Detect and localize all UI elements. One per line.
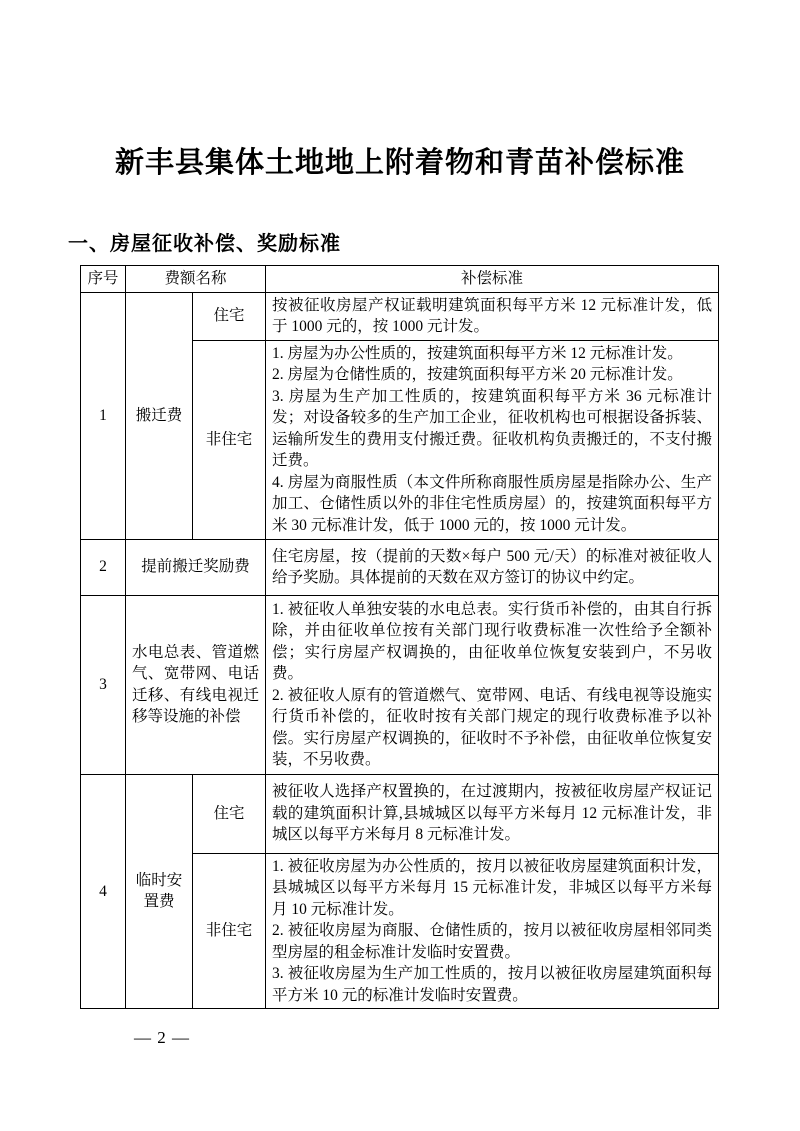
table-row-3: 3 水电总表、管道燃气、宽带网、电话迁移、有线电视迁移等设施的补偿 1. 被征收… xyxy=(81,595,719,774)
row3-fee-name: 水电总表、管道燃气、宽带网、电话迁移、有线电视迁移等设施的补偿 xyxy=(126,595,266,774)
row4-type-nonresidential: 非住宅 xyxy=(193,853,266,1009)
row1-type-residential: 住宅 xyxy=(193,292,266,340)
header-fee-name: 费额名称 xyxy=(126,266,266,293)
row3-no: 3 xyxy=(81,595,126,774)
header-standard: 补偿标准 xyxy=(266,266,719,293)
standard-paragraph: 4. 房屋为商服性质（本文件所称商服性质房屋是指除办公、生产加工、仓储性质以外的… xyxy=(272,472,712,537)
row4-no: 4 xyxy=(81,774,126,1009)
page-number: — 2 — xyxy=(134,1028,800,1048)
table-row-2: 2 提前搬迁奖励费 住宅房屋，按（提前的天数×每户 500 元/天）的标准对被征… xyxy=(81,539,719,595)
standard-paragraph: 1. 房屋为办公性质的，按建筑面积每平方米 12 元标准计发。 xyxy=(272,343,712,365)
row1-standard-nonresidential: 1. 房屋为办公性质的，按建筑面积每平方米 12 元标准计发。 2. 房屋为仓储… xyxy=(266,340,719,539)
document-page: 新丰县集体土地地上附着物和青苗补偿标准 一、房屋征收补偿、奖励标准 序号 费额名… xyxy=(0,0,800,1131)
document-title: 新丰县集体土地地上附着物和青苗补偿标准 xyxy=(0,0,800,181)
standard-paragraph: 2. 被征收人原有的管道燃气、宽带网、电话、有线电视等设施实行货币补偿的，征收时… xyxy=(272,685,712,771)
row4-standard-nonresidential: 1. 被征收房屋为办公性质的，按月以被征收房屋建筑面积计发，县城城区以每平方米每… xyxy=(266,853,719,1009)
row1-standard-residential: 按被征收房屋产权证载明建筑面积每平方米 12 元标准计发，低于 1000 元的，… xyxy=(266,292,719,340)
standard-paragraph: 1. 被征收房屋为办公性质的，按月以被征收房屋建筑面积计发，县城城区以每平方米每… xyxy=(272,856,712,921)
section-heading: 一、房屋征收补偿、奖励标准 xyxy=(68,227,800,256)
standard-paragraph: 被征收人选择产权置换的，在过渡期内，按被征收房屋产权证记载的建筑面积计算,县城城… xyxy=(272,781,712,846)
row3-standard: 1. 被征收人单独安装的水电总表。实行货币补偿的，由其自行拆除，并由征收单位按有… xyxy=(266,595,719,774)
row4-type-residential: 住宅 xyxy=(193,774,266,853)
standard-paragraph: 2. 被征收房屋为商服、仓储性质的，按月以被征收房屋相邻同类型房屋的租金标准计发… xyxy=(272,920,712,963)
table-row-1-residential: 1 搬迁费 住宅 按被征收房屋产权证载明建筑面积每平方米 12 元标准计发，低于… xyxy=(81,292,719,340)
standard-paragraph: 按被征收房屋产权证载明建筑面积每平方米 12 元标准计发，低于 1000 元的，… xyxy=(272,295,712,338)
standard-paragraph: 住宅房屋，按（提前的天数×每户 500 元/天）的标准对被征收人给予奖励。具体提… xyxy=(272,546,712,589)
row4-fee-name: 临时安置费 xyxy=(126,774,193,1009)
row2-standard: 住宅房屋，按（提前的天数×每户 500 元/天）的标准对被征收人给予奖励。具体提… xyxy=(266,539,719,595)
standard-paragraph: 2. 房屋为仓储性质的，按建筑面积每平方米 20 元标准计发。 xyxy=(272,364,712,386)
row1-no: 1 xyxy=(81,292,126,539)
standard-paragraph: 1. 被征收人单独安装的水电总表。实行货币补偿的，由其自行拆除，并由征收单位按有… xyxy=(272,599,712,685)
row1-type-nonresidential: 非住宅 xyxy=(193,340,266,539)
compensation-table: 序号 费额名称 补偿标准 1 搬迁费 住宅 按被征收房屋产权证载明建筑面积每平方… xyxy=(80,265,719,1009)
row2-fee-name: 提前搬迁奖励费 xyxy=(126,539,266,595)
table-row-4-residential: 4 临时安置费 住宅 被征收人选择产权置换的，在过渡期内，按被征收房屋产权证记载… xyxy=(81,774,719,853)
row2-no: 2 xyxy=(81,539,126,595)
table-header-row: 序号 费额名称 补偿标准 xyxy=(81,266,719,293)
standard-paragraph: 3. 被征收房屋为生产加工性质的，按月以被征收房屋建筑面积每平方米 10 元的标… xyxy=(272,963,712,1006)
standard-paragraph: 3. 房屋为生产加工性质的，按建筑面积每平方米 36 元标准计发；对设备较多的生… xyxy=(272,386,712,472)
row1-fee-name: 搬迁费 xyxy=(126,292,193,539)
row4-standard-residential: 被征收人选择产权置换的，在过渡期内，按被征收房屋产权证记载的建筑面积计算,县城城… xyxy=(266,774,719,853)
header-no: 序号 xyxy=(81,266,126,293)
